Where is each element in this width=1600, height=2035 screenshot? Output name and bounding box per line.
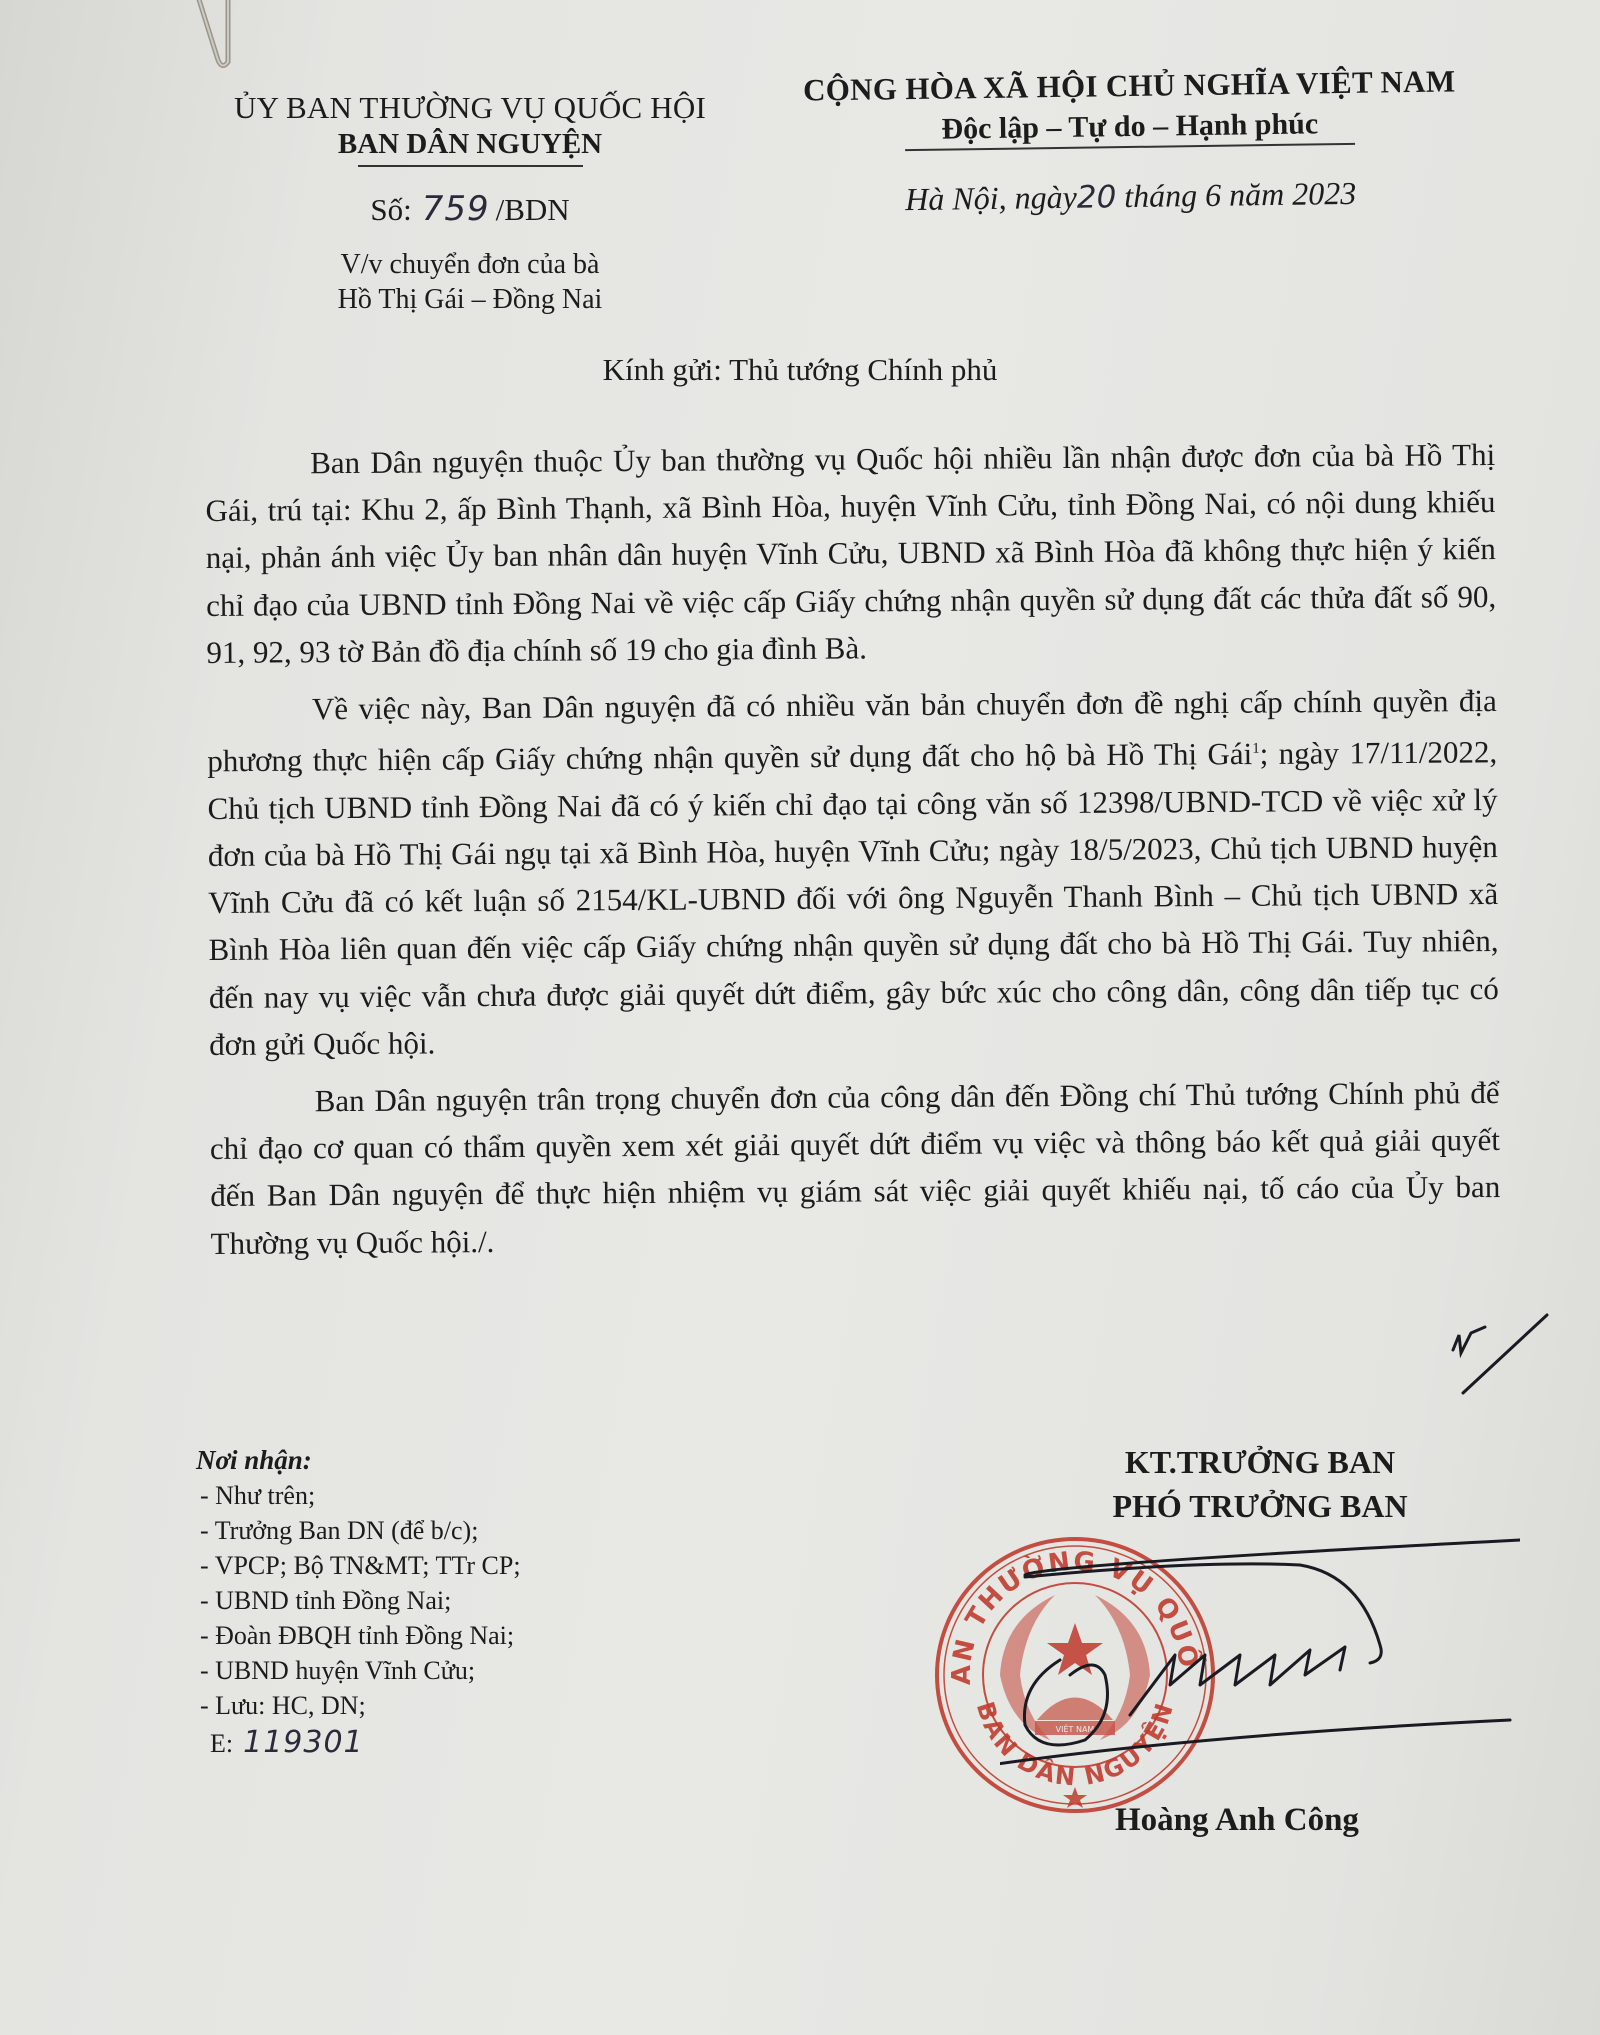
subject: V/v chuyển đơn của bà Hồ Thị Gái – Đồng …: [215, 247, 725, 317]
national-header: CỘNG HÒA XÃ HỘI CHỦ NGHĨA VIỆT NAM Độc l…: [769, 63, 1491, 220]
date-prefix: Hà Nội, ngày: [905, 179, 1077, 217]
motto: Độc lập – Tự do – Hạnh phúc: [770, 105, 1490, 149]
e-number-handwritten: 119301: [243, 1725, 364, 1760]
letter-body: Ban Dân nguyện thuộc Ủy ban thường vụ Qu…: [205, 431, 1501, 1277]
subject-line-1: V/v chuyển đơn của bà: [215, 247, 725, 282]
signer-name: Hoàng Anh Công: [1115, 1802, 1359, 1839]
cc-item: - UBND huyện Vĩnh Cửu;: [196, 1653, 676, 1688]
cc-title: Nơi nhận:: [196, 1443, 676, 1478]
doc-number-prefix: Số:: [370, 192, 411, 227]
signer-role-2: PHÓ TRƯỞNG BAN: [1060, 1484, 1460, 1528]
divider: [358, 165, 583, 167]
subject-line-2: Hồ Thị Gái – Đồng Nai: [215, 282, 725, 317]
e-label: E:: [210, 1729, 233, 1758]
document-number: Số:759/BDN: [215, 189, 725, 229]
cc-item: - Như trên;: [196, 1478, 676, 1513]
paragraph: Ban Dân nguyện trân trọng chuyển đơn của…: [209, 1069, 1500, 1267]
paragraph: Ban Dân nguyện thuộc Ủy ban thường vụ Qu…: [205, 431, 1497, 676]
org-name: BAN DÂN NGUYỆN: [215, 128, 725, 161]
initials-mark-icon: [1445, 1305, 1555, 1395]
issuer-block: ỦY BAN THƯỜNG VỤ QUỐC HỘI BAN DÂN NGUYỆN…: [215, 90, 725, 317]
parent-org: ỦY BAN THƯỜNG VỤ QUỐC HỘI: [215, 90, 725, 126]
date-suffix: tháng 6 năm 2023: [1116, 175, 1356, 214]
doc-number-handwritten: 759: [422, 189, 490, 229]
cc-item: - Lưu: HC, DN;: [196, 1688, 676, 1723]
date-line: Hà Nội, ngày20 tháng 6 năm 2023: [771, 173, 1491, 220]
cc-item: - UBND tỉnh Đồng Nai;: [196, 1583, 676, 1618]
recipient: Kính gửi: Thủ tướng Chính phủ: [0, 352, 1600, 388]
paragraph-text: ; ngày 17/11/2022, Chủ tịch UBND tỉnh Đồ…: [207, 735, 1499, 1062]
signature-block: KT.TRƯỞNG BAN PHÓ TRƯỞNG BAN: [1060, 1440, 1460, 1528]
cc-item: - Đoàn ĐBQH tỉnh Đồng Nai;: [196, 1618, 676, 1653]
e-number: E:119301: [196, 1725, 676, 1761]
date-day-handwritten: 20: [1077, 179, 1117, 216]
paperclip: [188, 0, 248, 80]
cc-item: - Trưởng Ban DN (để b/c);: [196, 1513, 676, 1548]
handwritten-signature-icon: [1000, 1535, 1520, 1795]
doc-number-suffix: /BDN: [496, 192, 570, 227]
paragraph: Về việc này, Ban Dân nguyện đã có nhiều …: [207, 677, 1500, 1068]
cc-item: - VPCP; Bộ TN&MT; TTr CP;: [196, 1548, 676, 1583]
signer-role-1: KT.TRƯỞNG BAN: [1060, 1440, 1460, 1484]
cc-list: Nơi nhận: - Như trên; - Trưởng Ban DN (đ…: [196, 1443, 676, 1761]
nation-title: CỘNG HÒA XÃ HỘI CHỦ NGHĨA VIỆT NAM: [769, 63, 1489, 109]
